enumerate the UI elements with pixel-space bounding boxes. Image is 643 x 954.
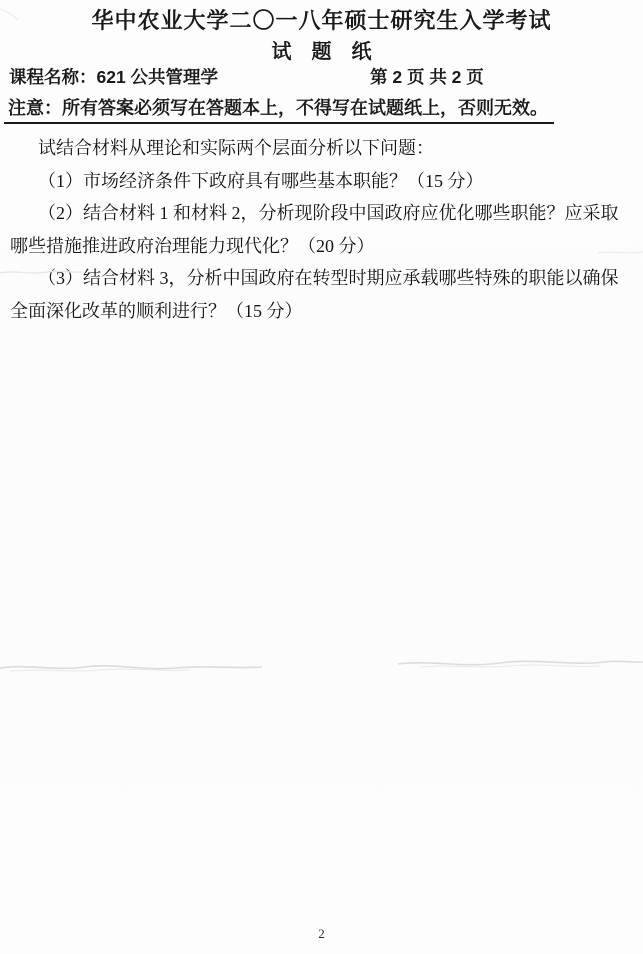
question-block: 试结合材料从理论和实际两个层面分析以下问题： （1）市场经济条件下政府具有哪些基… — [10, 132, 639, 327]
question-1-line: （1）市场经济条件下政府具有哪些基本职能？（15 分） — [10, 165, 639, 198]
notice-text: 注意：所有答案必须写在答题本上，不得写在试题纸上，否则无效。 — [4, 94, 554, 124]
question-3-line-1: （3）结合材料 3，分析中国政府在转型时期应承载哪些特殊的职能以确保 — [10, 262, 639, 295]
exam-paper-page: 华中农业大学二〇一八年硕士研究生入学考试 试 题 纸 课程名称：621 公共管理… — [0, 0, 643, 954]
question-3-line-2: 全面深化改革的顺利进行？（15 分） — [10, 295, 639, 328]
question-intro-line: 试结合材料从理论和实际两个层面分析以下问题： — [10, 132, 639, 165]
notice-line: 注意：所有答案必须写在答题本上，不得写在试题纸上，否则无效。 — [4, 94, 554, 124]
page-indicator: 第 2 页 共 2 页 — [370, 64, 484, 89]
question-2-line-2: 哪些措施推进政府治理能力现代化？（20 分） — [10, 230, 639, 263]
page-subtitle: 试 题 纸 — [0, 35, 643, 64]
question-2-line-1: （2）结合材料 1 和材料 2，分析现阶段中国政府应优化哪些职能？应采取 — [10, 197, 639, 230]
page-title: 华中农业大学二〇一八年硕士研究生入学考试 — [0, 4, 643, 35]
page-number: 2 — [0, 926, 643, 942]
course-row: 课程名称：621 公共管理学 第 2 页 共 2 页 — [0, 64, 643, 90]
course-name-label: 课程名称：621 公共管理学 — [9, 64, 218, 89]
